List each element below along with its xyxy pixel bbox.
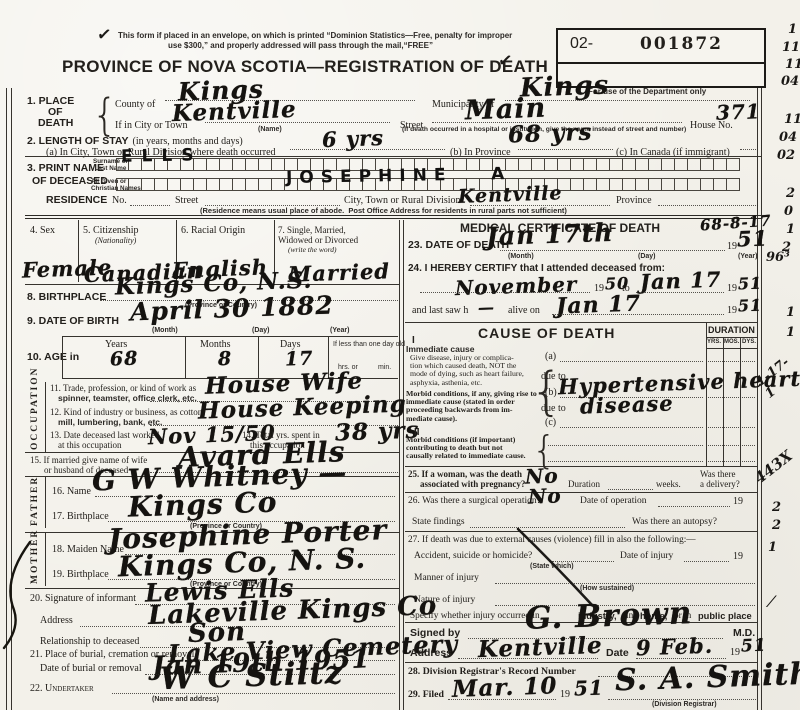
physician-date-label: Date: [606, 648, 629, 659]
birthdate-month: (Month): [152, 327, 178, 334]
birthdate-day: (Day): [252, 327, 270, 334]
q27-specify-b3: public place: [698, 612, 752, 622]
margin-mark: 11: [785, 57, 800, 72]
age-label: 10. AGE in: [27, 352, 79, 363]
lastsaw1: and last saw h: [412, 306, 468, 317]
margin-mark: 1: [786, 305, 795, 320]
q26-value: No: [528, 485, 562, 507]
f13-label-b: at this occupation: [58, 441, 121, 450]
check-mark: ✓: [96, 25, 113, 45]
stay-c-line: [740, 149, 758, 150]
q26-date-label: Date of operation: [580, 497, 646, 507]
signedby-label: Signed by: [410, 628, 460, 639]
father-side-label: FATHER: [30, 478, 40, 526]
cause-ii-line1: [548, 445, 703, 446]
cause-brace1: {: [530, 362, 563, 422]
f24-tovalue: Jan 17: [640, 269, 722, 294]
stay-a-value: 6 yrs: [322, 127, 385, 151]
margin-mark: 96³: [766, 250, 790, 265]
stay-b-line: [518, 149, 613, 150]
margin-mark: 11: [782, 40, 800, 55]
f29-y19: 19: [560, 690, 570, 701]
death-registration-form: ✓ This form if placed in an envelope, on…: [0, 0, 800, 710]
lastsaw2: alive on: [508, 306, 540, 317]
check-mark-2: ✓: [497, 51, 514, 71]
margin-mark: 0: [784, 204, 793, 219]
burial-date-label: Date of burial or removal: [40, 664, 142, 675]
registrar-sub: (Division Registrar): [652, 701, 717, 708]
cause-c-line: [560, 427, 703, 428]
cause-contrib-body: Morbid conditions (if important) contrib…: [406, 436, 541, 461]
lastsaw-y19: 19: [727, 306, 737, 317]
undertaker-value: W C Stiltz: [159, 657, 343, 696]
residence-no-label: No.: [112, 196, 127, 207]
margin-mark: 1: [788, 22, 797, 37]
f23-y19: 19: [727, 242, 737, 253]
race-label: 6. Racial Origin: [181, 226, 245, 237]
undertaker-line: [112, 693, 395, 694]
margin-mark: 04: [779, 130, 797, 145]
physician-signature: G. Brown: [524, 597, 692, 635]
dur-dys: DYS.: [742, 339, 756, 345]
birthdate-label: 9. DATE OF BIRTH: [27, 316, 119, 327]
cause-a-label: (a): [545, 352, 556, 363]
cause-top: [405, 322, 757, 323]
sec1-death: DEATH: [38, 118, 73, 129]
residence-city-label: City, Town or Rural Division: [344, 196, 461, 207]
undertaker-label: 22. Undertaker: [30, 684, 94, 695]
margin-mark: 2: [772, 500, 781, 515]
cause-bottom: [405, 466, 757, 467]
residence-province-line: [658, 205, 758, 206]
right-border-outer: [757, 86, 758, 710]
informant-addr-label: Address: [40, 616, 73, 627]
f29-line: [448, 699, 556, 700]
registrar-sig-line: [608, 699, 756, 700]
f29-year: 51: [574, 677, 605, 699]
cause-title: CAUSE OF DEATH: [478, 326, 615, 341]
cause-morbid-body: Morbid conditions, if any, giving rise t…: [406, 390, 541, 423]
dur-v2: [740, 338, 741, 466]
registrar-signature: S. A. Smith: [615, 659, 800, 697]
father-strip: [45, 476, 46, 528]
q25-weeks: weeks.: [656, 480, 681, 489]
margin-mark: 02: [777, 148, 795, 163]
duration-label: DURATION: [708, 326, 755, 335]
q27-manner-label: Manner of injury: [414, 574, 479, 584]
margin-mark: 1: [786, 325, 795, 340]
f23-yearcap: (Year): [738, 253, 757, 260]
q26-date-line: [658, 506, 730, 507]
stamp-prefix: 02-: [570, 36, 593, 53]
age-days-value: 17: [285, 350, 314, 371]
dur-a: [708, 361, 755, 362]
cause-ii-line2: [548, 461, 703, 462]
stay-a-line: [290, 149, 445, 150]
cause-imm-body: Give disease, injury or complica- tion w…: [410, 354, 540, 387]
dur-rule2: [706, 348, 757, 349]
margin-mark: 2: [786, 186, 795, 201]
dur-c: [708, 427, 755, 428]
sex-label: 4. Sex: [30, 226, 55, 237]
citizenship-label: 5. Citizenship: [83, 226, 139, 237]
city-line: [205, 122, 390, 123]
dur-ii2: [708, 461, 755, 462]
residence-label: RESIDENCE: [46, 195, 107, 206]
q25-duration-line: [608, 489, 653, 490]
physician-year: 51: [741, 638, 767, 657]
q26-label: 26. Was there a surgical operation?: [408, 497, 541, 507]
margin-mark: 2: [772, 518, 781, 533]
q27-inj-label: Date of injury: [620, 552, 673, 562]
cause-due2-value: disease: [580, 392, 674, 417]
residence-street-label: Street: [175, 196, 198, 207]
age-months-value: 8: [218, 350, 233, 370]
q25-duration-label: Duration: [568, 480, 600, 489]
father-bp-label: 17. Birthplace: [52, 512, 109, 523]
physician-addr-label: Address: [410, 648, 452, 659]
f24-to-line: [636, 292, 724, 293]
q25-rule: [405, 492, 757, 493]
f24-toyear: 51: [738, 276, 763, 294]
age-min-label: min.: [378, 364, 391, 371]
cause-a-line: [560, 361, 703, 362]
q26-y19: 19: [733, 497, 743, 508]
margin-mark: 1: [768, 540, 777, 555]
physician-date-value: 9 Feb.: [636, 635, 714, 660]
birthdate-year: (Year): [330, 327, 349, 334]
dur-v1: [723, 338, 724, 466]
residence-sub: (Residence means usual place of abode. P…: [200, 207, 567, 215]
occ-strip: [45, 382, 46, 452]
q27-inj-line: [684, 561, 729, 562]
lastsaw-line: [552, 314, 724, 315]
informant-rel-label: Relationship to deceased: [40, 637, 139, 648]
age-box-top: [62, 336, 398, 337]
father-name-label: 16. Name: [52, 487, 91, 498]
f23-line: [500, 250, 725, 251]
mother-strip: [45, 532, 46, 586]
q27-y19: 19: [733, 552, 743, 563]
header-divider: [25, 215, 761, 219]
age-box-l: [62, 336, 63, 378]
city-sub: (Name): [258, 126, 282, 133]
stay-label: 2. LENGTH OF STAY: [27, 136, 129, 147]
f23-month: (Month): [508, 253, 534, 260]
age-years-value: 68: [110, 350, 139, 371]
margin-mark: ⁄: [770, 592, 773, 611]
cancellation-stroke: [510, 525, 600, 610]
age-v1: [185, 336, 186, 378]
sec1-brace: {: [92, 90, 117, 141]
physician-addr-line: [458, 658, 598, 659]
dur-ii1: [708, 445, 755, 446]
f23-value: Jan 17th: [486, 220, 614, 251]
dur-b: [708, 397, 755, 398]
margin-mark: 1: [786, 222, 795, 237]
age-less-label: If less than one day old: [333, 341, 405, 348]
mail-note-line2: use $300,” and properly addressed will p…: [168, 42, 433, 50]
form-title: PROVINCE OF NOVA SCOTIA—REGISTRATION OF …: [62, 58, 548, 76]
dur-yrs: YRS.: [707, 339, 721, 345]
q25-label2: associated with pregnancy?: [420, 480, 525, 489]
stamp-divider: [558, 62, 764, 64]
f29-label: 29. Filed: [408, 690, 444, 700]
informant-sig-label: 20. Signature of informant: [30, 594, 136, 605]
birthplace-label: 8. BIRTHPLACE: [27, 292, 106, 303]
physician-y19: 19: [730, 648, 740, 659]
undertaker-sub: (Name and address): [152, 696, 219, 703]
margin-mark: 11: [784, 112, 800, 127]
house-value: 371: [716, 101, 761, 124]
mother-bp-label: 19. Birthplace: [52, 570, 109, 581]
right-border-inner: [761, 86, 762, 710]
stamp-number: 001872: [640, 36, 723, 54]
occupation-side-label: OCCUPATION: [30, 384, 40, 450]
q27-nature-label: Nature of injury: [414, 596, 475, 606]
residence-province-label: Province: [616, 196, 652, 207]
marital-sub: (write the word): [288, 246, 336, 254]
dur-mos: MOS.: [724, 339, 739, 345]
residence-no-line: [130, 205, 170, 206]
mail-note-line1: This form if placed in an envelope, on w…: [118, 32, 512, 40]
q27-specify-lead: Specify whether injury occurred in: [410, 612, 540, 622]
q26-autopsy: Was there an autopsy?: [632, 518, 717, 528]
f23-day: (Day): [638, 253, 656, 260]
surname-value: ELLS: [121, 147, 203, 166]
birthdate-value: April 30 1882: [130, 292, 335, 325]
stay-b-value: 68 yrs: [508, 121, 593, 148]
lastsaw-year: 51: [738, 298, 763, 316]
f23-year: 51: [737, 227, 769, 250]
dur-rule: [706, 337, 757, 338]
lastsaw-scribble: —: [478, 300, 496, 317]
f29-filed-value: Mar. 10: [452, 674, 558, 702]
physician-date-line: [636, 658, 726, 659]
citizenship-sub: (Nationality): [95, 237, 136, 245]
county-label: County of: [115, 100, 155, 111]
q25-delivery2: a delivery?: [700, 480, 740, 489]
margin-mark: 04: [781, 74, 799, 89]
f24-y19b: 19: [727, 284, 737, 295]
pen-stroke: [0, 540, 34, 650]
q26-findings: State findings: [412, 518, 465, 528]
